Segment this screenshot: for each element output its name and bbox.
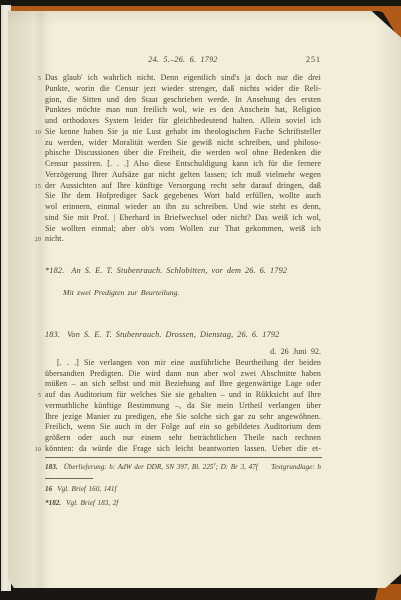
footnote: *182.Vgl. Brief 183, 2f [45,499,321,507]
text-line: größern oder auch nur einem sehr beträch… [45,433,321,444]
text-line: Punkte, worin die Censur jezt wieder str… [45,84,321,95]
footnote: 16Vgl. Brief 160, 141f [45,485,321,493]
letter-181-text-block: 5Das glaub' ich wahrlich nicht. Denn eig… [45,73,321,245]
apparatus-divider-rule [45,457,322,458]
text-line: Punktes möchte man nun freilich wol, wie… [45,105,321,116]
text-line: müßen – an sich selbst und mit Beziehung… [45,379,321,390]
book-page: 24. 5.–26. 6. 1792 251 5Das glaub' ich w… [8,11,401,588]
letter-182-number: *182. [45,266,64,275]
apparatus-overlieferung: 183.Überlieferung: h: AdW der DDR, SN 39… [45,463,258,471]
text-line: phische Discussionen über die Freiheit, … [45,148,321,159]
footnote-ref: *182. [45,499,61,507]
apparatus-textgrundlage: Textgrundlage: h [271,463,321,471]
text-line: zu werden, wider Moralität werden Sie ge… [45,138,321,149]
margin-line-number: 5 [28,74,41,85]
text-line: Verzögerung Ihrer Aufsäze gar nicht gelt… [45,170,321,181]
text-line: Sie wollten einmal; aber ob's vom Wollen… [45,224,321,235]
text-line: 10könnten: da würde die Frage sich leich… [45,444,321,455]
text-line: Freilich, wenn Sie auch in der Folge auf… [45,422,321,433]
margin-line-number: 5 [28,391,41,402]
footnote-text: Vgl. Brief 160, 141f [57,485,116,493]
text-line: 10Sie kenne haben Sie ja nie Lust gehabt… [45,127,321,138]
scanned-book-photo: { "page": { "running_head": "24. 5.\u201… [0,0,401,600]
letter-183-text-block: [. . .] Sie verlangen von mir eine ausfü… [45,358,321,454]
text-line: 5auf das Auditorium für welches Sie sie … [45,390,321,401]
running-head: 24. 5.–26. 6. 1792 251 [45,55,321,67]
text-line: übersandten Predigten. Die wird dann nun… [45,369,321,380]
letter-183-number: 183. [45,330,60,339]
letter-183-heading: 183.Von S. E. T. Stubenrauch. Drossen, D… [45,330,321,339]
text-line: 15der Aussichten auf Ihre künftige Verso… [45,181,321,192]
footnote-separator-rule [45,478,93,479]
running-head-dates: 24. 5.–26. 6. 1792 [45,55,321,64]
text-line: wol erinnern, einmal wieder an ihn zu sc… [45,202,321,213]
text-line: 20nicht. [45,234,321,245]
text-line: und orthodoxes System leider für gleichb… [45,116,321,127]
text-line: sind Sie mit Prof. | Eberhard in Briefwe… [45,213,321,224]
margin-line-number: 15 [28,182,41,193]
margin-line-number: 10 [28,445,41,456]
book-cover-edge-top [5,6,401,11]
text-line: [. . .] Sie verlangen von mir eine ausfü… [45,358,321,369]
text-line: vermuthliche künftige Bestimmung –, da S… [45,401,321,412]
text-line: gion, die Sitten und den Staat geschrieb… [45,95,321,106]
margin-line-number: 10 [28,128,41,139]
text-line: Ihre jezige Manier zu predigen, ehe Sie … [45,412,321,423]
letter-183-title: Von S. E. T. Stubenrauch. Drossen, Diens… [67,330,279,339]
margin-line-number: 20 [28,235,41,246]
apparatus-line: 183.Überlieferung: h: AdW der DDR, SN 39… [45,463,321,471]
letter-182-title: An S. E. T. Stubenrauch. Schlobitten, vo… [71,266,287,275]
page-number: 251 [306,55,321,64]
text-line: 5Das glaub' ich wahrlich nicht. Denn eig… [45,73,321,84]
footnote-text: Vgl. Brief 183, 2f [66,499,118,507]
letter-182-subheading: Mit zwei Predigten zur Beurteilung. [45,288,339,297]
text-line: Sie Ihr dem Hofprediger Sack gegebenes W… [45,191,321,202]
letter-183-dateline: d. 26 Juni 92. [45,347,321,356]
footnote-ref: 16 [45,485,52,493]
letter-182-heading: *182.An S. E. T. Stubenrauch. Schlobitte… [45,266,321,275]
text-line: Censur passiren. [. . .] Also diese Ents… [45,159,321,170]
apparatus-letter-number: 183. [45,463,58,471]
